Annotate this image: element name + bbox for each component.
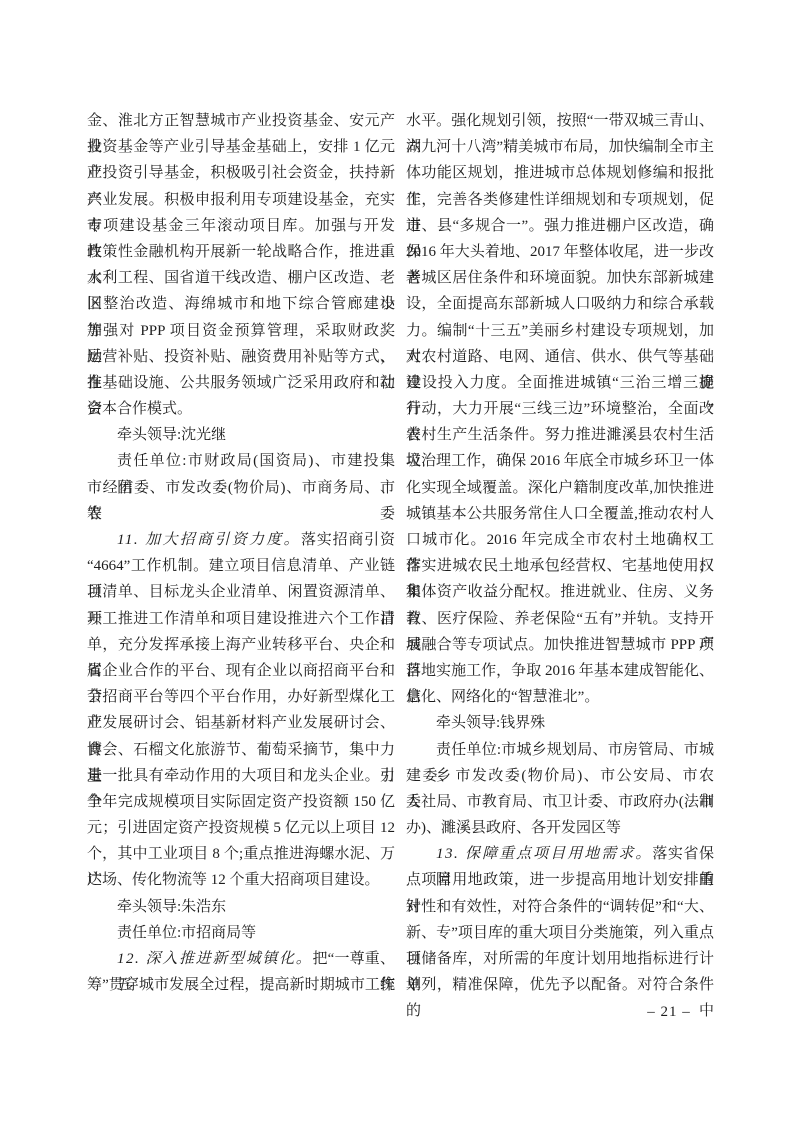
body-text: 湖九河十八湾”精美城市布局，加快编制全市主 (406, 139, 714, 155)
text-column-left: 金、淮北方正智慧城市产业投资基金、安元产业投资基金等产业引导基金基础上，安排 1… (87, 108, 395, 998)
body-text: 广场、传化物流等 12 个重大招商项目建设。 (87, 872, 380, 888)
text-line: 产业发展。积极申报利用专项建设基金，充实市 (87, 187, 395, 213)
text-line: 业投资引导基金，积极吸引社会资金，扶持新兴 (87, 160, 395, 186)
body-text: 老城区居住条件和环境面貌。加快东部新城建 (406, 270, 714, 286)
text-line: 建设投入力度。全面推进城镇“三治三增三提升” (406, 370, 714, 396)
body-text: 落实招商引资 (301, 532, 395, 548)
body-text: 牵头领导:钱界殊 (436, 715, 545, 731)
text-line: 投资基金等产业引导基金基础上，安排 1 亿元产 (87, 134, 395, 160)
body-text: 全年完成规模项目实际固定资产投资额 150 亿 (87, 794, 395, 810)
item-heading-text: 12. 深入推进新型城镇化。 (117, 951, 312, 967)
text-line: 13. 保障重点项目用地需求。落实省保障重 (406, 841, 714, 867)
body-text: 城镇基本公共服务常住人口全覆盖,推动农村人 (406, 506, 714, 522)
text-line: 水平。强化规划引领，按照“一带双城三青山、六 (406, 108, 714, 134)
text-line: 办)、濉溪县政府、各开发园区等 (406, 815, 714, 841)
text-line: 运营补贴、投资补贴、融资费用补贴等方式，推动 (87, 344, 395, 370)
text-line: 区整治改造、海绵城市和地下综合管廊建设等。 (87, 291, 395, 317)
body-text: 牵头领导:朱浩东 (117, 899, 226, 915)
text-line: 人社局、市教育局、市卫计委、市政府办(法制 (406, 789, 714, 815)
text-line: 力。编制“十三五”美丽乡村建设专项规划，加大 (406, 318, 714, 344)
text-line: 目清单、目标龙头企业清单、闲置资源清单、项目 (87, 579, 395, 605)
body-text: 圾治理工作，确保 2016 年底全市城乡环卫一体 (406, 453, 714, 469)
body-text: 设，全面提高东部新城人口吸纳力和综合承载 (406, 296, 714, 312)
text-line: 口城市化。2016 年完成全市农村土地确权工作， (406, 527, 714, 553)
text-line: 2016 年大头着地、2017 年整体收尾，进一步改善 (406, 239, 714, 265)
text-line: 专项建设基金三年滚动项目库。加强与开发性、 (87, 213, 395, 239)
text-line: 牵头领导:沈光继 (87, 422, 395, 448)
body-text: 元；引进固定资产投资规模 5 亿元以上项目 12 (87, 820, 395, 836)
text-line: 湖九河十八湾”精美城市布局，加快编制全市主 (406, 134, 714, 160)
text-line: 责任单位:市招商局等 (87, 920, 395, 946)
text-line: 会招商平台等四个平台作用，办好新型煤化工产 (87, 684, 395, 710)
text-line: 全年完成规模项目实际固定资产投资额 150 亿 (87, 789, 395, 815)
text-line: 设，全面提高东部新城人口吸纳力和综合承载 (406, 291, 714, 317)
text-line: 资本合作模式。 (87, 396, 395, 422)
body-text: 息化、网络化的“智慧淮北”。 (406, 689, 599, 705)
text-line: 市经信委、市发改委(物价局)、市商务局、市农委 (87, 475, 395, 501)
body-text: 等 (87, 506, 102, 522)
text-line: 城镇基本公共服务常住人口全覆盖,推动农村人 (406, 501, 714, 527)
text-line: 在基础设施、公共服务领域广泛采用政府和社会 (87, 370, 395, 396)
text-line: 单，充分发挥承接上海产业转移平台、央企和省 (87, 632, 395, 658)
text-line: 水利工程、国省道干线改造、棚户区改造、老旧小 (87, 265, 395, 291)
text-line: 作，完善各类修建性详细规划和专项规划，促进 (406, 187, 714, 213)
body-text: 责任单位:市招商局等 (117, 925, 256, 941)
text-line: 12. 深入推进新型城镇化。把“一尊重、五统 (87, 946, 395, 972)
text-line: 新、专”项目库的重大项目分类施策，列入重点项 (406, 920, 714, 946)
text-line: 息化、网络化的“智慧淮北”。 (406, 684, 714, 710)
text-line: 开工推进工作清单和项目建设推进六个工作清 (87, 606, 395, 632)
text-line: 点项目用地政策，进一步提高用地计划安排的针 (406, 867, 714, 893)
text-line: 单列，精准保障，优先予以配备。对符合条件的中 (406, 972, 714, 998)
text-line: 责任单位:市城乡规划局、市房管局、市城乡 (406, 737, 714, 763)
text-line: 金、淮北方正智慧城市产业投资基金、安元产业 (87, 108, 395, 134)
text-line: 落实进城农民土地承包经营权、宅基地使用权和 (406, 553, 714, 579)
item-heading-text: 11. 加大招商引资力度。 (117, 532, 301, 548)
text-line: 市、县“多规合一”。强力推进棚户区改造，确保 (406, 213, 714, 239)
text-line: 牵头领导:朱浩东 (87, 894, 395, 920)
body-text: 开工推进工作清单和项目建设推进六个工作清 (87, 611, 395, 627)
text-line: 个，其中工业项目 8 个;重点推进海螺水泥、万达 (87, 841, 395, 867)
text-line: 集体资产收益分配权。推进就业、住房、义务教 (406, 579, 714, 605)
body-text: 化实现全域覆盖。深化户籍制度改革,加快推进 (406, 480, 714, 496)
body-text: 办)、濉溪县政府、各开发园区等 (406, 820, 621, 836)
text-line: 圾治理工作，确保 2016 年底全市城乡环卫一体 (406, 448, 714, 474)
text-line: 加强对 PPP 项目资金预算管理，采取财政奖励、 (87, 318, 395, 344)
body-text: 市经信委、市发改委(物价局)、市商务局、市农委 (87, 480, 395, 522)
text-line: 博会、石榴文化旅游节、葡萄采摘节，集中力量引 (87, 737, 395, 763)
text-line: 政策性金融机构开展新一轮战略合作，推进重大 (87, 239, 395, 265)
text-line: 对性和有效性，对符合条件的“调转促”和“大、 (406, 894, 714, 920)
text-line: 业发展研讨会、铝基新材料产业发展研讨会、食 (87, 710, 395, 736)
text-line: 元；引进固定资产投资规模 5 亿元以上项目 12 (87, 815, 395, 841)
text-line: 责任单位:市财政局(国资局)、市建投集团、 (87, 448, 395, 474)
text-line: 城融合等专项试点。加快推进智慧城市 PPP 项目 (406, 632, 714, 658)
body-text: 对性和有效性，对符合条件的“调转促”和“大、 (406, 899, 714, 915)
text-line: 牵头领导:钱界殊 (406, 710, 714, 736)
text-line: 目储备库，对所需的年度计划用地指标进行计划 (406, 946, 714, 972)
text-line: 化实现全域覆盖。深化户籍制度改革,加快推进 (406, 475, 714, 501)
text-line: 老城区居住条件和环境面貌。加快东部新城建 (406, 265, 714, 291)
text-column-right: 水平。强化规划引领，按照“一带双城三青山、六湖九河十八湾”精美城市布局，加快编制… (406, 108, 714, 998)
text-line: 行动，大力开展“三线三边”环境整治，全面改善 (406, 396, 714, 422)
text-line: “4664”工作机制。建立项目信息清单、产业链项 (87, 553, 395, 579)
body-text: 资本合作模式。 (87, 401, 192, 417)
text-line: 农村生产生活条件。努力推进濉溪县农村生活垃 (406, 422, 714, 448)
text-line: 进一批具有牵动作用的大项目和龙头企业。力争 (87, 763, 395, 789)
item-heading-text: 13. 保障重点项目用地需求。 (436, 846, 652, 862)
text-line: 落地实施工作，争取 2016 年基本建成智能化、信 (406, 658, 714, 684)
text-line: 育、医疗保险、养老保险“五有”并轨。支持开展产 (406, 606, 714, 632)
text-line: 属企业合作的平台、现有企业以商招商平台和节 (87, 658, 395, 684)
body-text: 牵头领导:沈光继 (117, 427, 226, 443)
text-line: 体功能区规划，推进城市总体规划修编和报批工 (406, 160, 714, 186)
document-page: 金、淮北方正智慧城市产业投资基金、安元产业投资基金等产业引导基金基础上，安排 1… (0, 0, 793, 1122)
body-text: 筹”贯穿城市发展全过程，提高新时期城市工作 (87, 977, 395, 993)
text-line: 广场、传化物流等 12 个重大招商项目建设。 (87, 867, 395, 893)
text-line: 对农村道路、电网、通信、供水、供气等基础设施 (406, 344, 714, 370)
body-text: 人社局、市教育局、市卫计委、市政府办(法制 (406, 794, 714, 810)
text-line: 11. 加大招商引资力度。落实招商引资 (87, 527, 395, 553)
page-number: – 21 – (644, 1004, 694, 1021)
text-line: 建委、市发改委(物价局)、市公安局、市农委、市 (406, 763, 714, 789)
text-line: 筹”贯穿城市发展全过程，提高新时期城市工作 (87, 972, 395, 998)
